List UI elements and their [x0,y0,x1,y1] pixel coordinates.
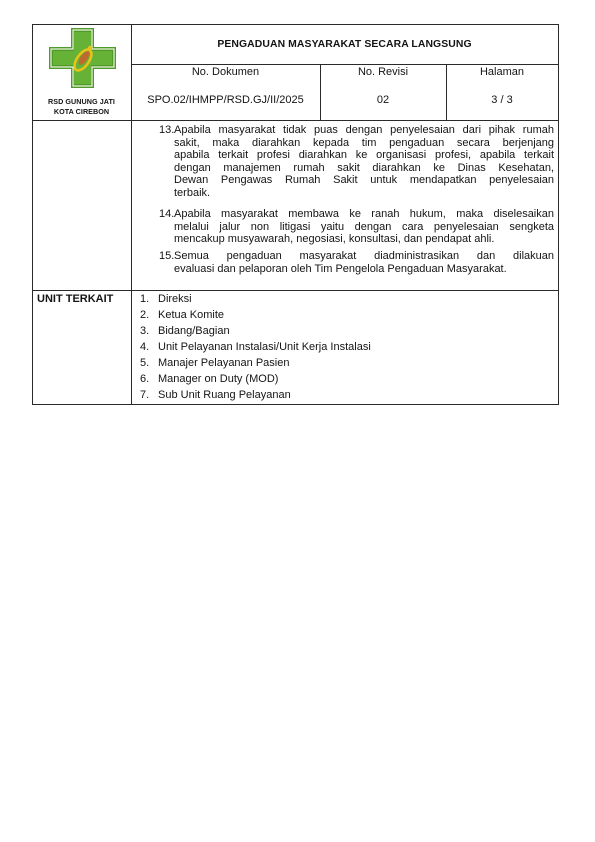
document-title: PENGADUAN MASYARAKAT SECARA LANGSUNG [131,24,558,64]
step-number: 13. [159,124,174,137]
logo-city-name: KOTA CIREBON [32,107,131,117]
no-dokumen-label: No. Dokumen [131,66,320,78]
hospital-logo: RSD GUNUNG JATI KOTA CIREBON [32,24,131,120]
no-revisi-label: No. Revisi [320,66,446,78]
document-page: RSD GUNUNG JATI KOTA CIREBON PENGADUAN M… [0,0,595,842]
logo-hospital-name: RSD GUNUNG JATI [32,97,131,107]
no-dokumen-value: SPO.02/IHMPP/RSD.GJ/II/2025 [131,94,320,106]
step-text: Apabila masyarakat membawa ke ranah huku… [174,208,554,246]
step-number: 14. [159,208,174,221]
halaman-value: 3 / 3 [446,94,558,106]
step-text: Semua pengaduan masyarakat diadministras… [174,250,554,275]
green-cross-hospital-logo-icon [48,27,117,89]
logo-column-divider [131,24,132,405]
table-border-right [558,24,559,405]
unit-terkait-label: UNIT TERKAIT [37,293,113,305]
step-number: 15. [159,250,174,263]
halaman-label: Halaman [446,66,558,78]
table-border-bottom [32,404,559,405]
header-bottom-border [32,120,559,121]
no-revisi-value: 02 [320,94,446,106]
header-divider [131,64,559,65]
step-text: Apabila masyarakat tidak puas dengan pen… [174,124,554,200]
procedure-bottom-border [32,290,559,291]
